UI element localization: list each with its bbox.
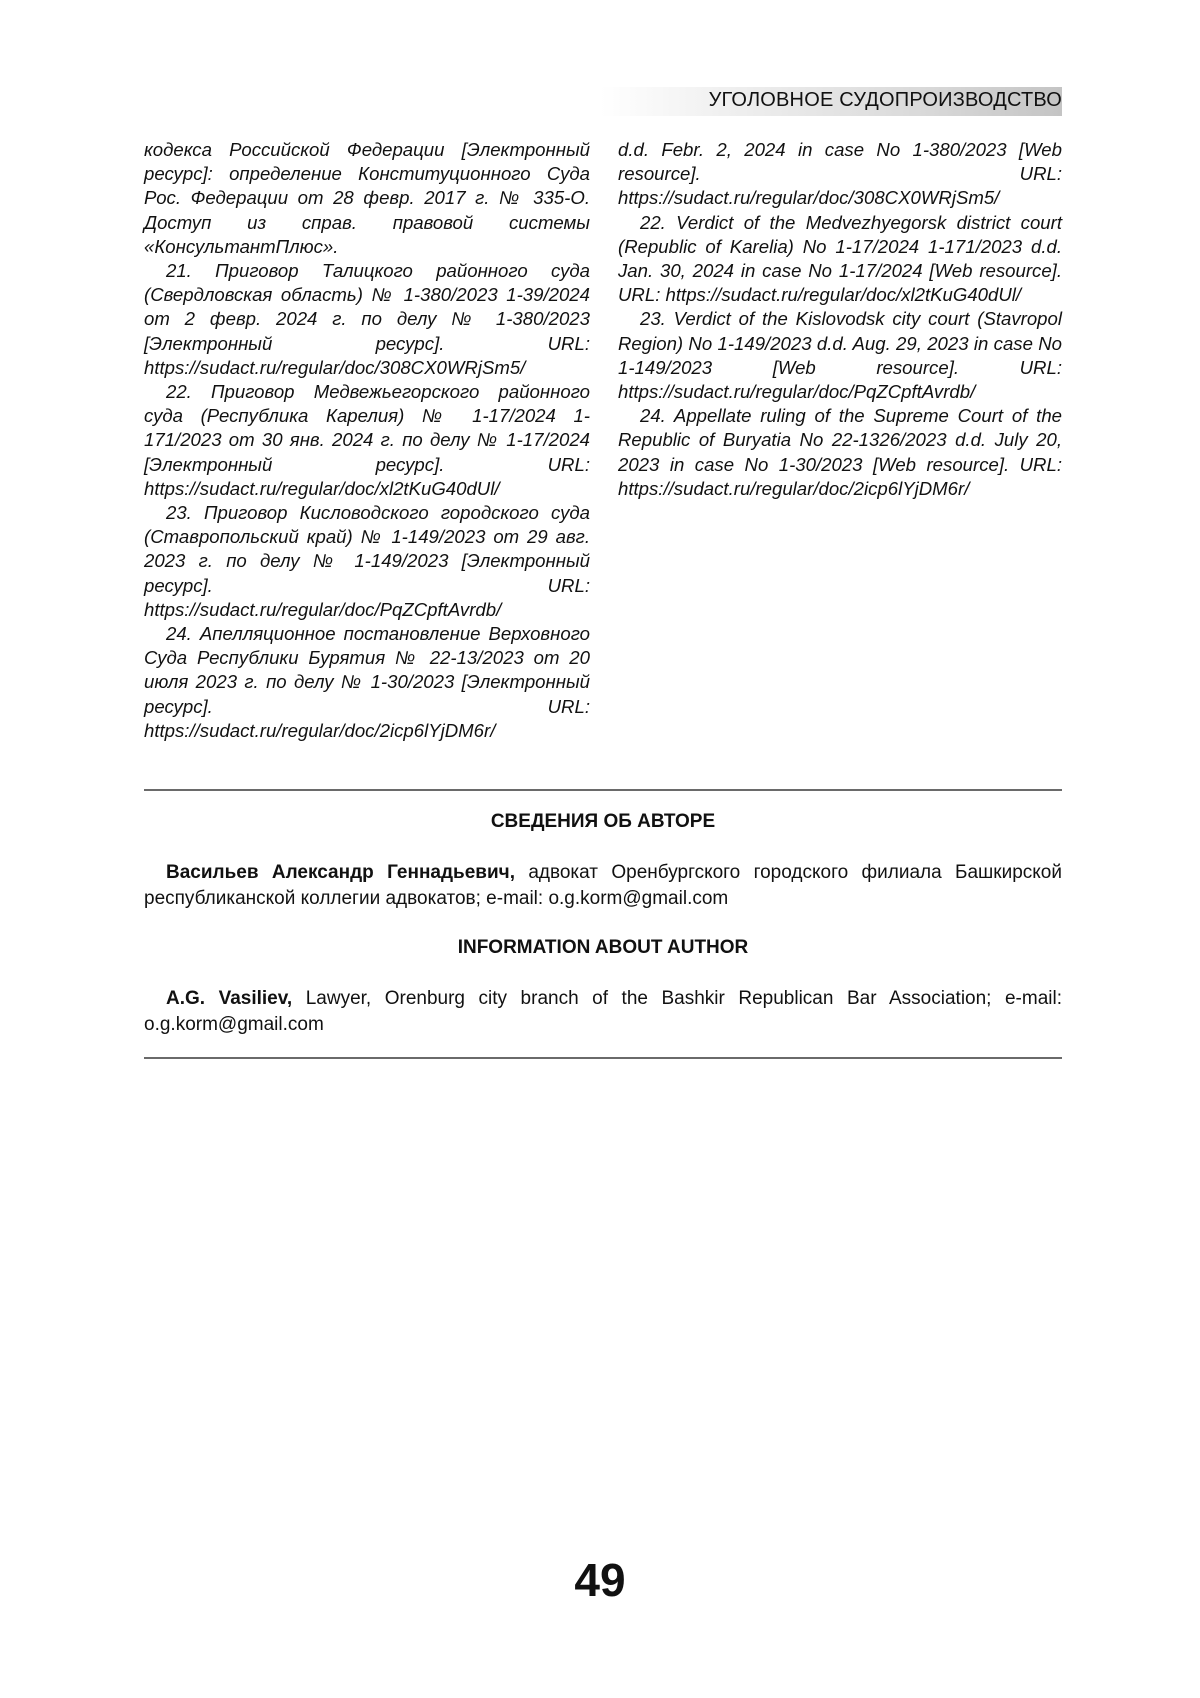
reference-item: 23. Приговор Кисловодского городского су… <box>144 501 590 622</box>
reference-item: 22. Приговор Медвежьегорского районного … <box>144 380 590 501</box>
references-english: d.d. Febr. 2, 2024 in case No 1-380/2023… <box>618 138 1062 501</box>
author-info-en: A.G. Vasiliev, Lawyer, Orenburg city bra… <box>144 986 1062 1037</box>
page-number: 49 <box>0 1553 1200 1607</box>
author-info-heading-ru: СВЕДЕНИЯ ОБ АВТОРЕ <box>144 811 1062 833</box>
author-name-ru: Васильев Александр Геннадьевич, <box>166 862 515 883</box>
divider-bottom <box>144 1057 1062 1059</box>
reference-item: 24. Appellate ruling of the Supreme Cour… <box>618 404 1062 501</box>
reference-item: d.d. Febr. 2, 2024 in case No 1-380/2023… <box>618 138 1062 211</box>
reference-item: 21. Приговор Талицкого районного суда (С… <box>144 259 590 380</box>
author-info-ru: Васильев Александр Геннадьевич, адвокат … <box>144 860 1062 911</box>
author-name-en: A.G. Vasiliev, <box>166 988 292 1009</box>
reference-item: 22. Verdict of the Medvezhyegorsk distri… <box>618 211 1062 308</box>
reference-item: кодекса Российской Федерации [Электронны… <box>144 138 590 259</box>
references-russian: кодекса Российской Федерации [Электронны… <box>144 138 590 743</box>
reference-item: 23. Verdict of the Kislovodsk city court… <box>618 307 1062 404</box>
divider-top <box>144 789 1062 791</box>
author-info-heading-en: INFORMATION ABOUT AUTHOR <box>144 937 1062 959</box>
running-header-title: УГОЛОВНОЕ СУДОПРОИЗВОДСТВО <box>709 89 1062 112</box>
reference-item: 24. Апелляционное постановление Верховно… <box>144 622 590 743</box>
